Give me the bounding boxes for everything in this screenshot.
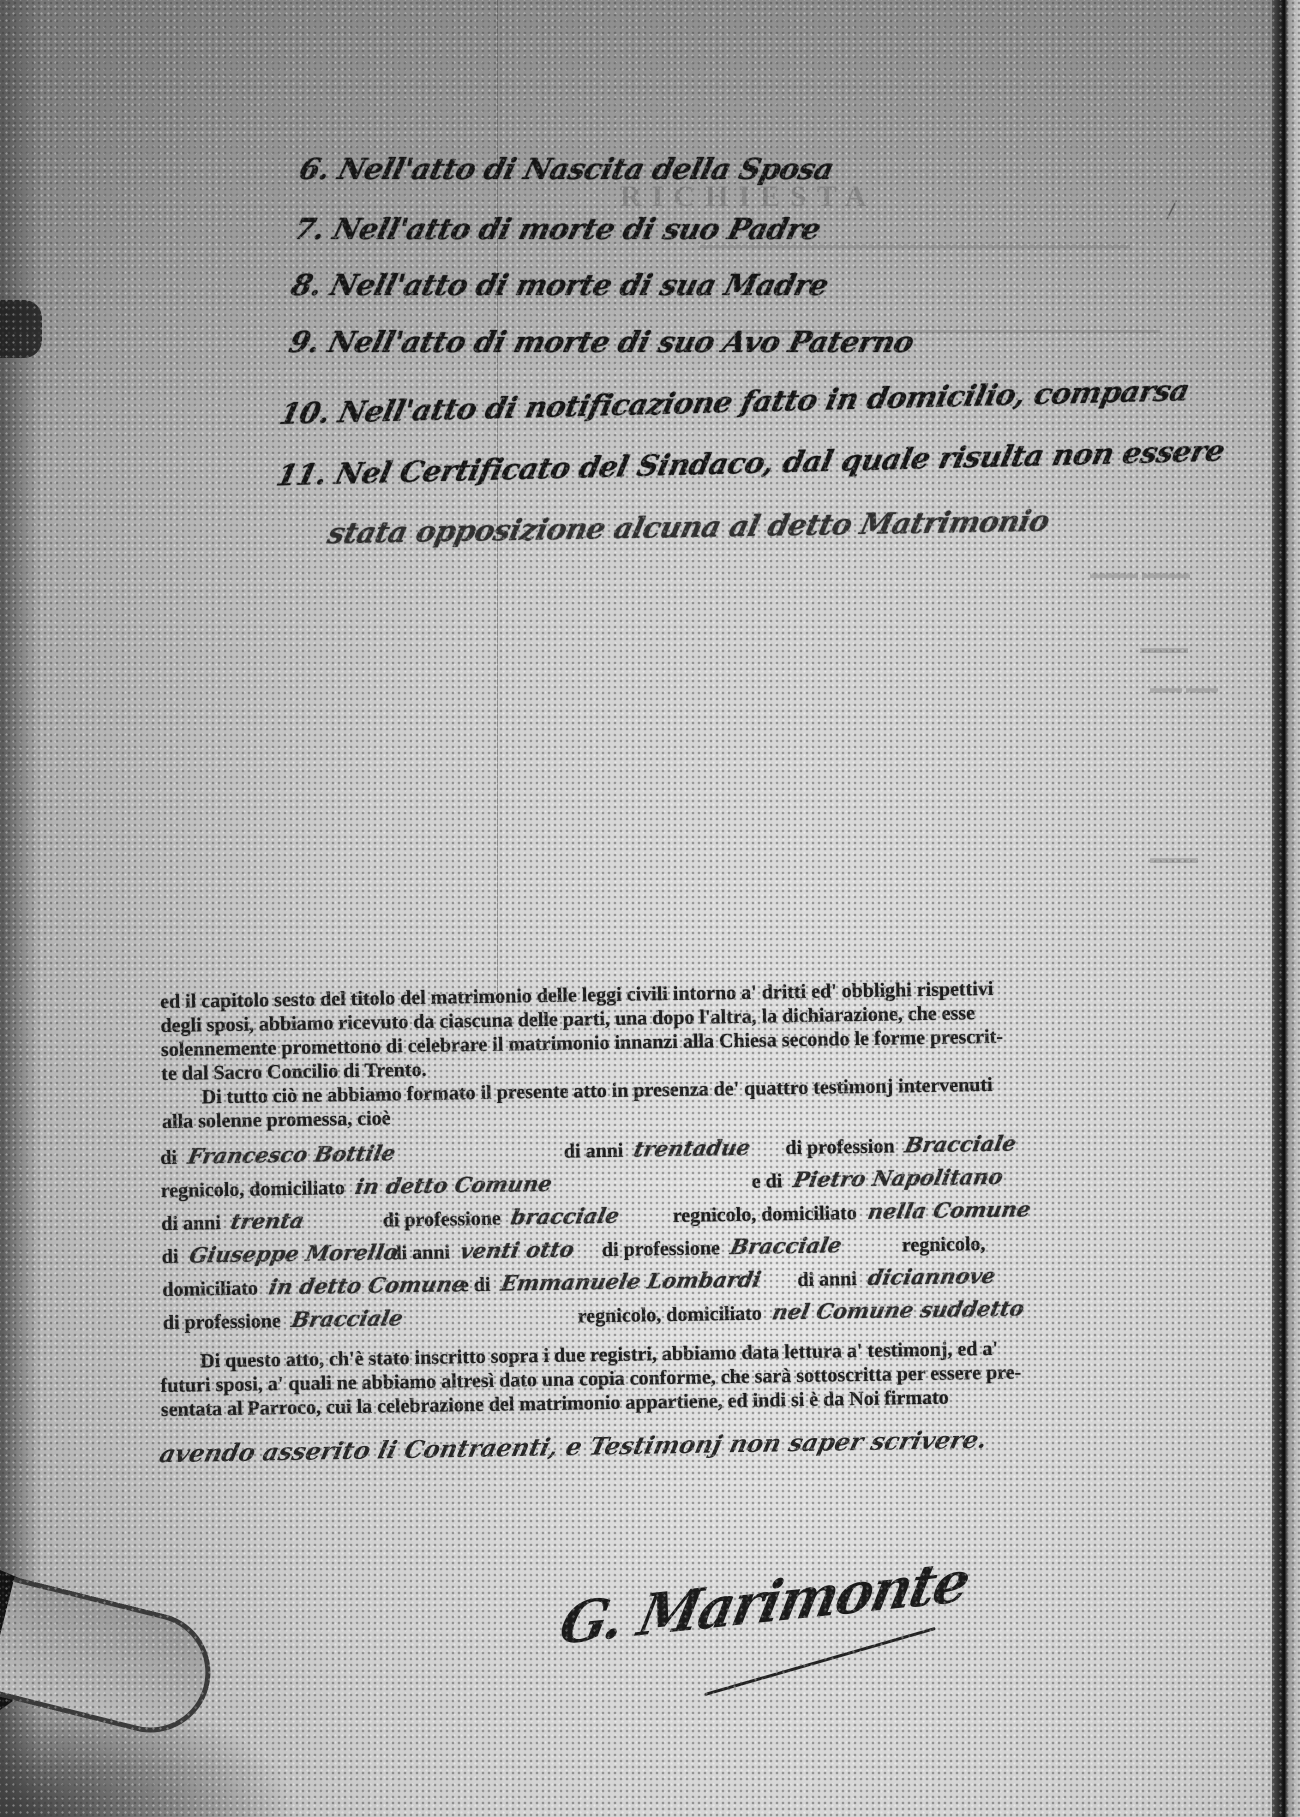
- witness-3-name: Giuseppe Morello: [186, 1236, 382, 1272]
- witness-4-domicile: nel Comune suddetto: [770, 1291, 1028, 1328]
- printed-paragraph-1: ed il capitolo sesto del titolo del matr…: [160, 974, 1212, 1134]
- witness-3-age: venti otto: [458, 1232, 594, 1267]
- witnesses-block: di Francesco Bottile di anni trentadue d…: [160, 1124, 1213, 1338]
- list-item: 7. Nell'atto di morte di suo Padre: [291, 212, 824, 246]
- witness-2-age: trenta: [229, 1203, 375, 1238]
- witness-2-name: Pietro Napolitano: [790, 1160, 1006, 1196]
- witness-1-domicile: in detto Comune: [353, 1166, 609, 1203]
- witness-4-name: Emmanuele Lombardi: [498, 1263, 744, 1300]
- document-page: RICHIESTA / 6. Nell'atto di Nascita dell…: [0, 0, 1300, 1817]
- faded-text: ▬▬ ▬▬: [1150, 680, 1218, 698]
- page-right-edge: [1272, 0, 1300, 1817]
- margin-rule: [497, 0, 498, 1000]
- corner-mark: /: [1168, 198, 1175, 223]
- list-item: 6. Nell'atto di Nascita della Sposa: [296, 152, 838, 186]
- witness-4-profession: Bracciale: [289, 1300, 495, 1336]
- binding-left-edge: [0, 0, 40, 1817]
- witness-2-domicile: nella Comune: [864, 1192, 1033, 1228]
- list-item: 8. Nell'atto di morte di sua Madre: [288, 268, 832, 302]
- faded-text: ▬▬▬ ▬▬▬: [1090, 565, 1190, 583]
- witness-3-profession: Bracciale: [728, 1227, 894, 1263]
- witness-3-domicile: in detto Comune: [266, 1267, 452, 1303]
- printed-paragraph-3: Di questo atto, ch'è stato inscritto sop…: [160, 1334, 1211, 1422]
- witness-4-age: diciannove: [865, 1259, 999, 1294]
- witness-2-profession: bracciale: [508, 1198, 664, 1233]
- witness-1-profession: Bracciale: [902, 1126, 1019, 1161]
- officer-signature: G. Marimonte: [554, 1548, 975, 1659]
- witness-1-name: Francesco Bottile: [185, 1135, 491, 1173]
- handwritten-closing-note: avendo asserito li Contraenti, e Testimo…: [157, 1425, 990, 1469]
- witness-1-age: trentadue: [631, 1130, 777, 1165]
- list-item: 9. Nell'atto di morte di suo Avo Paterno: [286, 325, 918, 359]
- binding-tab: [0, 300, 42, 358]
- faded-text: ▬▬▬: [1150, 850, 1198, 868]
- faded-text: ▬▬▬: [1140, 640, 1188, 658]
